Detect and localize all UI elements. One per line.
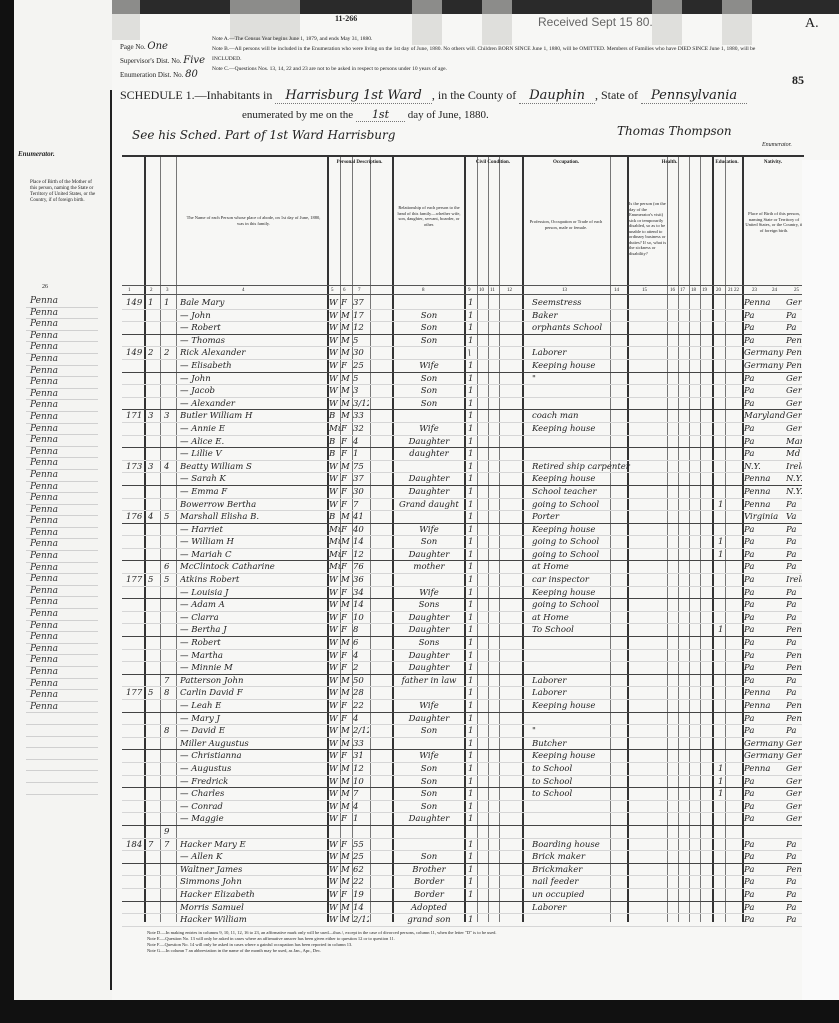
table-row: — Emma FWF30Daughter1School teacherPenna… — [122, 486, 804, 499]
prev-birthplace-entry: Penna — [26, 389, 98, 401]
relationship: Son — [399, 374, 459, 384]
relationship: Daughter — [399, 550, 459, 560]
race: W — [329, 298, 341, 308]
prev-birthplace-entry — [26, 748, 98, 760]
note-c: Note C.—Questions Nos. 13, 14, 22 and 23… — [212, 64, 772, 74]
age: 4 — [353, 651, 369, 661]
civil-mark: 1 — [468, 751, 508, 761]
table-row: — Mariah CMuF12Daughter1going to School1… — [122, 549, 804, 562]
enumerator-signature: Thomas Thompson — [617, 124, 732, 138]
occupation: Butcher — [532, 739, 652, 749]
civil-mark: 1 — [468, 336, 508, 346]
sex: M — [341, 374, 353, 384]
person-name: — Thomas — [180, 336, 325, 346]
family-number: 7 — [164, 840, 174, 850]
table-row: 17758Carlin David FWM281LaborerPennaPaPa… — [122, 687, 804, 700]
civil-mark: 1 — [468, 840, 508, 850]
person-name: — Fredrick — [180, 777, 325, 787]
section-health: Health. — [627, 160, 712, 165]
occupation: Baker — [532, 311, 652, 321]
table-row: — AlexanderWM3/12 SeptSon1PaGermanyGerma… — [122, 398, 804, 411]
occupation: un occupied — [532, 890, 652, 900]
person-name: Miller Augustus — [180, 739, 325, 749]
birthplace: Pa — [744, 575, 786, 585]
sex: M — [341, 638, 353, 648]
relationship: Son — [399, 802, 459, 812]
family-number: 5 — [164, 575, 174, 585]
age: 37 — [353, 298, 369, 308]
county-label: , in the County of — [432, 88, 516, 102]
sex: M — [341, 336, 353, 346]
table-row: 17133Butler William HBM331coach manMaryl… — [122, 410, 804, 423]
race: W — [329, 676, 341, 686]
civil-mark: 1 — [468, 651, 508, 661]
table-row: — ElisabethWF25Wife1Keeping houseGermany… — [122, 360, 804, 373]
occupation-column-header: Profession, Occupation or Trade of each … — [526, 219, 606, 230]
civil-mark: 1 — [468, 437, 508, 447]
age: 14 — [353, 903, 369, 913]
civil-mark: 1 — [468, 411, 508, 421]
age: 40 — [353, 525, 369, 535]
civil-mark: 1 — [468, 311, 508, 321]
supervisor-dist-value: Five — [183, 55, 205, 66]
civil-mark: 1 — [468, 588, 508, 598]
civil-mark: 1 — [468, 777, 508, 787]
table-row: — CharlesWM7Son1to School1PaGermanyGerma… — [122, 788, 804, 801]
age: 22 — [353, 701, 369, 711]
relationship: Wife — [399, 588, 459, 598]
relationship: Son — [399, 777, 459, 787]
civil-mark: 1 — [468, 525, 508, 535]
occupation: Keeping house — [532, 751, 652, 761]
person-name: Bowerrow Bertha — [180, 500, 325, 510]
race: W — [329, 877, 341, 887]
prev-birthplace-entry: Penna — [26, 516, 98, 528]
race: W — [329, 764, 341, 774]
census-table: Personal Description. Civil Condition. O… — [122, 155, 804, 920]
age: 30 — [353, 348, 369, 358]
sex: M — [341, 802, 353, 812]
person-name: — Harriet — [180, 525, 325, 535]
column-number: 15 — [642, 288, 647, 293]
race: W — [329, 739, 341, 749]
relationship: Brother — [399, 865, 459, 875]
race: W — [329, 588, 341, 598]
table-row: — Adam AWM14Sons1going to SchoolPaPaPa25 — [122, 599, 804, 612]
sex: F — [341, 814, 353, 824]
prev-birthplace-entry: Penna — [26, 400, 98, 412]
race: W — [329, 487, 341, 497]
dwelling-order: 3 — [148, 462, 158, 472]
birthplace: Pa — [744, 802, 786, 812]
sex: F — [341, 613, 353, 623]
race: W — [329, 852, 341, 862]
table-row: — ChristiannaWF31Wife1Keeping houseGerma… — [122, 750, 804, 763]
relationship: Wife — [399, 361, 459, 371]
birthplace: Pa — [744, 537, 786, 547]
race: B — [329, 411, 341, 421]
person-name: — Alexander — [180, 399, 325, 409]
birthplace: Pa — [744, 777, 786, 787]
district-info: Page No. One Supervisor's Dist. No. Five… — [120, 40, 205, 82]
age: 19 — [353, 890, 369, 900]
prev-birthplace-entry — [26, 771, 98, 783]
sex: F — [341, 751, 353, 761]
occupation: Laborer — [532, 903, 652, 913]
table-row: — Sarah KWF37Daughter1Keeping housePenna… — [122, 473, 804, 486]
family-number: 8 — [164, 688, 174, 698]
dwelling-order: 4 — [148, 512, 158, 522]
person-name: — John — [180, 374, 325, 384]
occupation: orphants School — [532, 323, 652, 333]
sex: M — [341, 688, 353, 698]
sex: F — [341, 562, 353, 572]
person-name: Hacker Elizabeth — [180, 890, 325, 900]
race: W — [329, 663, 341, 673]
age: 14 — [353, 600, 369, 610]
table-row: — ThomasWM5Son1PaPennaPenna4 — [122, 335, 804, 348]
person-name: — Charles — [180, 789, 325, 799]
table-row: — HarrietMuF40Wife1Keeping housePaPaPenn… — [122, 524, 804, 537]
table-row: — RobertWM6Sons1PaPaPa28 — [122, 637, 804, 650]
prev-birthplace-entry: Penna — [26, 354, 98, 366]
sex: F — [341, 424, 353, 434]
person-name: — Annie E — [180, 424, 325, 434]
birthplace: Pa — [744, 386, 786, 396]
sex: M — [341, 348, 353, 358]
enumerated-day: 1st — [356, 108, 405, 122]
age: 75 — [353, 462, 369, 472]
occupation: car inspector — [532, 575, 652, 585]
relationship: Adopted — [399, 903, 459, 913]
birthplace: Pa — [744, 336, 786, 346]
civil-mark: 1 — [468, 865, 508, 875]
table-row: Simmons JohnWM22Border1nail feederPaPaPa… — [122, 876, 804, 889]
person-name: — John — [180, 311, 325, 321]
birthplace: Germany — [744, 739, 786, 749]
family-number: 7 — [164, 676, 174, 686]
prev-birthplace-entry: Penna — [26, 366, 98, 378]
school-mark: 1 — [718, 625, 736, 635]
age: 36 — [353, 575, 369, 585]
person-name: Patterson John — [180, 676, 325, 686]
person-name: — Bertha J — [180, 625, 325, 635]
age: 22 — [353, 877, 369, 887]
sex: F — [341, 449, 353, 459]
prev-birthplace-entry: Penna — [26, 702, 98, 714]
civil-mark: 1 — [468, 739, 508, 749]
prev-birthplace-entry: Penna — [26, 679, 98, 691]
dwelling-order: 5 — [148, 575, 158, 585]
relationship: Daughter — [399, 625, 459, 635]
prev-mother-birthplace-column: PennaPennaPennaPennaPennaPennaPennaPenna… — [26, 296, 98, 795]
county-value: Dauphin — [519, 88, 595, 104]
column-number: 6 — [343, 288, 346, 293]
civil-mark: 1 — [468, 625, 508, 635]
table-row: Hacker WilliamWM2/12grand son1PaPaPa50 — [122, 914, 804, 927]
section-personal: Personal Description. — [327, 160, 392, 165]
relationship: Daughter — [399, 437, 459, 447]
birthplace: Pa — [744, 424, 786, 434]
birthplace: Pa — [744, 714, 786, 724]
dwelling-order: 5 — [148, 688, 158, 698]
column-number: 21 — [728, 288, 733, 293]
sex: M — [341, 600, 353, 610]
table-row: 6McClintock CatharineMuF76mother1at Home… — [122, 561, 804, 574]
person-name: — Robert — [180, 323, 325, 333]
prev-birthplace-entry: Penna — [26, 447, 98, 459]
race: W — [329, 714, 341, 724]
table-row: — MaggieWF1Daughter1PaGermanyGermany42 — [122, 813, 804, 826]
birthplace: Pa — [744, 651, 786, 661]
person-name: Waltner James — [180, 865, 325, 875]
prev-birthplace-entry: Penna — [26, 435, 98, 447]
birthplace: Penna — [744, 500, 786, 510]
relationship: Daughter — [399, 663, 459, 673]
table-row: 7Patterson JohnWM50father in law1Laborer… — [122, 675, 804, 688]
name-column-header: The Name of each Person whose place of a… — [186, 215, 321, 226]
race: W — [329, 361, 341, 371]
race: W — [329, 323, 341, 333]
prev-birthplace-entry: Penna — [26, 563, 98, 575]
school-mark: 1 — [718, 500, 736, 510]
birthplace: Pa — [744, 323, 786, 333]
column-number: 22 — [734, 288, 739, 293]
birthplace: Pa — [744, 550, 786, 560]
civil-mark: 1 — [468, 361, 508, 371]
occupation: Retired ship carpenter — [532, 462, 652, 472]
age: 25 — [353, 361, 369, 371]
race: W — [329, 638, 341, 648]
relationship: Son — [399, 764, 459, 774]
table-row: 8— David EWM2/12 AprSon1"PaPaPa35 — [122, 725, 804, 738]
race: W — [329, 802, 341, 812]
civil-mark: 1 — [468, 877, 508, 887]
sheet-number: 85 — [792, 73, 804, 88]
school-mark: 1 — [718, 764, 736, 774]
sex: M — [341, 462, 353, 472]
family-number: 2 — [164, 348, 174, 358]
person-name: — Elisabeth — [180, 361, 325, 371]
family-number: 6 — [164, 562, 174, 572]
person-name: — Robert — [180, 638, 325, 648]
sex: F — [341, 437, 353, 447]
prev-birthplace-entry: Penna — [26, 644, 98, 656]
prev-birthplace-entry: Penna — [26, 551, 98, 563]
civil-mark: 1 — [468, 802, 508, 812]
section-civil: Civil Condition. — [464, 160, 522, 165]
prev-birthplace-entry — [26, 737, 98, 749]
dwelling-number: 149 — [126, 298, 144, 308]
age: 2 — [353, 663, 369, 673]
family-number: 1 — [164, 298, 174, 308]
occupation: To School — [532, 625, 652, 635]
sex: M — [341, 877, 353, 887]
sex: F — [341, 361, 353, 371]
civil-mark: 1 — [468, 714, 508, 724]
sex: F — [341, 298, 353, 308]
column-number: 7 — [358, 288, 361, 293]
person-name: — Jacob — [180, 386, 325, 396]
table-row: 17755Atkins RobertWM361car inspectorPaIr… — [122, 574, 804, 587]
column-number: 19 — [702, 288, 707, 293]
birthplace: Germany — [744, 751, 786, 761]
race: W — [329, 600, 341, 610]
column-number: 18 — [691, 288, 696, 293]
prev-birthplace-entry: Penna — [26, 632, 98, 644]
page-curl — [802, 160, 839, 1000]
race: W — [329, 311, 341, 321]
birthplace: Pa — [744, 588, 786, 598]
age: 25 — [353, 852, 369, 862]
dwelling-number: 171 — [126, 411, 144, 421]
birthplace: Pa — [744, 562, 786, 572]
prev-birthplace-entry: Penna — [26, 586, 98, 598]
table-row: — JohnWM17Son1BakerPaPaPenna2 — [122, 310, 804, 323]
sex: M — [341, 852, 353, 862]
occupation: at Home — [532, 613, 652, 623]
sex: F — [341, 525, 353, 535]
prev-birthplace-entry — [26, 760, 98, 772]
person-name: — Maggie — [180, 814, 325, 824]
civil-mark: 1 — [468, 298, 508, 308]
column-number: 1 — [128, 288, 131, 293]
civil-mark: 1 — [468, 613, 508, 623]
age: 33 — [353, 739, 369, 749]
birthplace: Pa — [744, 852, 786, 862]
enumeration-dist-value: 80 — [185, 69, 198, 80]
sex: M — [341, 915, 353, 925]
relationship: daughter — [399, 449, 459, 459]
form-code: 11-266 — [335, 14, 357, 23]
sex: F — [341, 474, 353, 484]
race: W — [329, 500, 341, 510]
relationship: Son — [399, 726, 459, 736]
age: 41 — [353, 512, 369, 522]
birthplace-column-header: Place of Birth of this person, naming St… — [744, 211, 804, 233]
sex: M — [341, 865, 353, 875]
age: 1 — [353, 449, 369, 459]
person-name: Hacker William — [180, 915, 325, 925]
prev-birthplace-entry: Penna — [26, 482, 98, 494]
column-number: 24 — [772, 288, 777, 293]
person-name: — David E — [180, 726, 325, 736]
occupation: Keeping house — [532, 588, 652, 598]
birthplace: Penna — [744, 298, 786, 308]
sex: F — [341, 588, 353, 598]
civil-mark: 1 — [468, 663, 508, 673]
birthplace: Pa — [744, 726, 786, 736]
birthplace: Maryland — [744, 411, 786, 421]
table-row: — Allen KWM25Son1Brick makerPaPaPa45 — [122, 851, 804, 864]
birthplace: Penna — [744, 487, 786, 497]
race: W — [329, 651, 341, 661]
person-name: Hacker Mary E — [180, 840, 325, 850]
table-row: — William HMuM14Son1going to School1PaPa… — [122, 536, 804, 549]
race: Mu — [329, 424, 341, 434]
person-name: — Christianna — [180, 751, 325, 761]
occupation: Seemstress — [532, 298, 652, 308]
age: 7 — [353, 789, 369, 799]
relationship: Daughter — [399, 487, 459, 497]
note-b: Note B.—All persons will be included in … — [212, 44, 772, 64]
sex: M — [341, 739, 353, 749]
census-page: 11-266 Received Sept 15 80. A. Page No. … — [112, 0, 839, 1000]
sex: M — [341, 537, 353, 547]
relationship: Wife — [399, 424, 459, 434]
table-row: — Lillie VBF1daughter1PaMdPenna13 — [122, 448, 804, 461]
civil-mark: 1 — [468, 562, 508, 572]
family-number: 9 — [164, 827, 174, 837]
race: W — [329, 474, 341, 484]
table-row: Bowerrow BerthaWF7Grand daughter1going t… — [122, 499, 804, 512]
birthplace: Penna — [744, 764, 786, 774]
occupation: Keeping house — [532, 701, 652, 711]
birthplace: Pa — [744, 525, 786, 535]
civil-mark: 1 — [468, 462, 508, 472]
person-name: — Conrad — [180, 802, 325, 812]
occupation: to School — [532, 789, 652, 799]
age: 8 — [353, 625, 369, 635]
prev-birthplace-entry: Penna — [26, 458, 98, 470]
prev-birthplace-entry: Penna — [26, 319, 98, 331]
race: W — [329, 865, 341, 875]
page-edge-shadow — [0, 0, 14, 1023]
age: 14 — [353, 537, 369, 547]
column-number: 20 — [716, 288, 721, 293]
relationship-column-header: Relationship of each person to the head … — [396, 205, 462, 227]
person-name: — Augustus — [180, 764, 325, 774]
column-number: 25 — [794, 288, 799, 293]
person-name: Rick Alexander — [180, 348, 325, 358]
civil-mark: 1 — [468, 890, 508, 900]
column-number: 13 — [562, 288, 567, 293]
person-name: Atkins Robert — [180, 575, 325, 585]
relationship: Daughter — [399, 474, 459, 484]
age: 50 — [353, 676, 369, 686]
birthplace: Germany — [744, 348, 786, 358]
table-row: — Bertha JWF8Daughter1To School1PaPennaP… — [122, 624, 804, 637]
school-mark: 1 — [718, 550, 736, 560]
race: W — [329, 840, 341, 850]
school-mark: 1 — [718, 777, 736, 787]
dwelling-number: 184 — [126, 840, 144, 850]
column-number: 23 — [752, 288, 757, 293]
section-education: Education. — [712, 160, 742, 165]
age: 4 — [353, 437, 369, 447]
age: 6 — [353, 638, 369, 648]
section-letter: A. — [805, 16, 819, 32]
table-row: — Leah EWF22Wife1Keeping housePennaPenna… — [122, 700, 804, 713]
prev-birthplace-entry — [26, 783, 98, 795]
age: 5 — [353, 374, 369, 384]
relationship: Son — [399, 336, 459, 346]
dwelling-order: 1 — [148, 298, 158, 308]
sex: M — [341, 386, 353, 396]
occupation: to School — [532, 764, 652, 774]
table-row: 943 — [122, 826, 804, 839]
sex: M — [341, 789, 353, 799]
table-row: 14911Bale MaryWF371SeemstressPennaGerman… — [122, 297, 804, 310]
table-row: — MarthaWF4Daughter1PaPennaPa29 — [122, 650, 804, 663]
prev-birthplace-entry: Penna — [26, 308, 98, 320]
dwelling-number: 177 — [126, 575, 144, 585]
relationship: Daughter — [399, 613, 459, 623]
table-row: — FredrickWM10Son1to School1PaGermanyGer… — [122, 776, 804, 789]
sex: F — [341, 714, 353, 724]
relationship: father in law — [399, 676, 459, 686]
person-name: — Minnie M — [180, 663, 325, 673]
